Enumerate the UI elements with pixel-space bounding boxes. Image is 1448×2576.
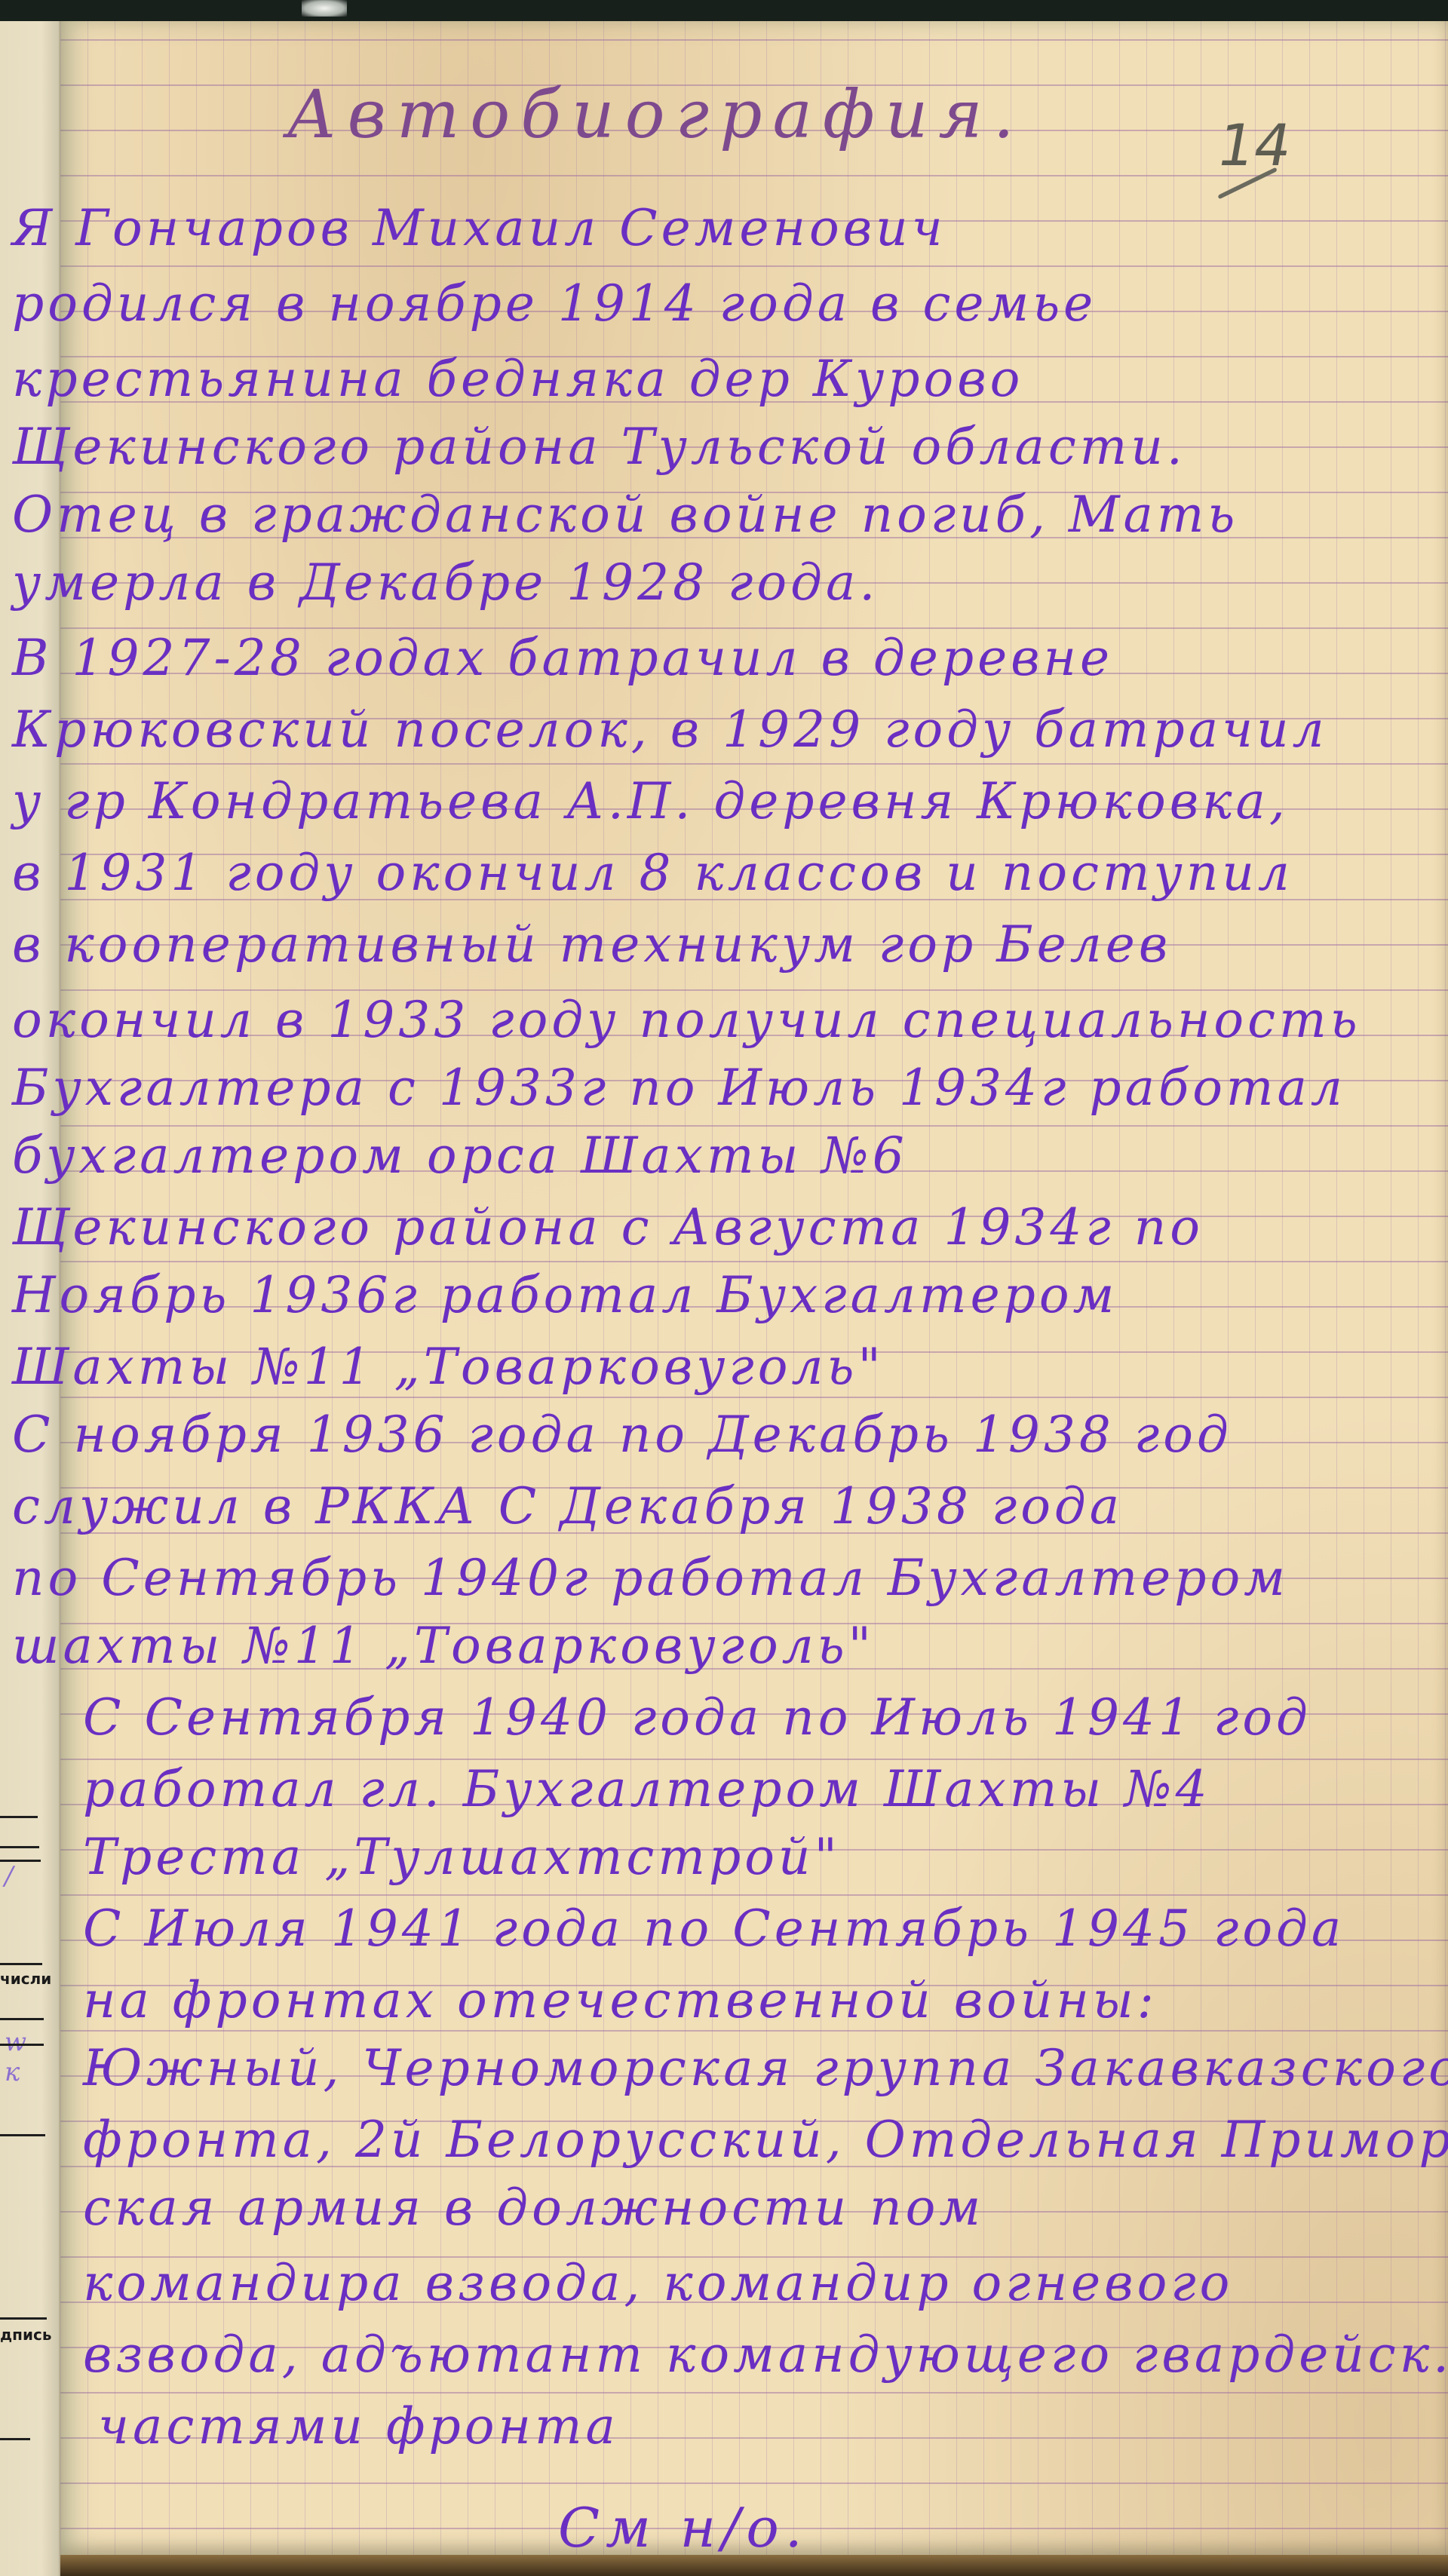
handwritten-line: бухгалтером орса Шахты №6 — [12, 1131, 908, 1181]
handwritten-line: Отец в гражданской войне погиб, Мать — [12, 490, 1238, 540]
strip-handwriting: w — [5, 2027, 26, 2057]
strip-rule — [0, 2438, 30, 2440]
document-title: Автобиография. — [287, 75, 1192, 153]
handwritten-line: служил в РККА С Декабря 1938 года — [12, 1482, 1123, 1532]
handwritten-line: работал гл. Бухгалтером Шахты №4 — [83, 1765, 1211, 1814]
handwritten-line: в 1931 году окончил 8 классов и поступил — [12, 848, 1293, 898]
handwritten-line: Южный, Черноморская группа Закавказского — [83, 2044, 1448, 2093]
handwritten-line: окончил в 1933 году получил специальност… — [12, 995, 1361, 1045]
strip-handwriting: / — [5, 1861, 13, 1891]
strip-rule — [0, 1816, 38, 1818]
handwritten-line: крестьянина бедняка дер Курово — [12, 354, 1023, 404]
handwritten-line: фронта, 2й Белорусский, Отдельная Примор — [83, 2115, 1448, 2165]
handwritten-line: частями фронта — [98, 2402, 619, 2452]
handwritten-line: Щекинского района Тульской области. — [12, 422, 1186, 472]
scanner-top-band — [0, 0, 1448, 21]
handwritten-line: С Июля 1941 года по Сентябрь 1945 года — [83, 1904, 1345, 1954]
light-glare — [302, 0, 347, 17]
handwritten-line: С ноября 1936 года по Декабрь 1938 год — [12, 1410, 1232, 1460]
handwritten-line: Шахты №11 „Товарковуголь" — [12, 1342, 885, 1392]
handwritten-line: ская армия в должности пом — [83, 2183, 984, 2233]
strip-rule — [0, 1963, 42, 1965]
handwritten-line: С Сентября 1940 года по Июль 1941 год — [83, 1693, 1311, 1743]
strip-rule — [0, 2044, 44, 2046]
strip-rule — [0, 2134, 45, 2136]
handwritten-line: Треста „Тулшахтстрой" — [83, 1832, 841, 1882]
handwritten-line: командира взвода, командир огневого — [83, 2259, 1233, 2308]
strip-rule — [0, 2018, 44, 2020]
handwritten-line: Бухгалтера с 1933г по Июль 1934г работал — [12, 1063, 1346, 1113]
handwritten-line: родился в ноябре 1914 года в семье — [12, 279, 1097, 329]
strip-rule — [0, 1846, 39, 1848]
handwritten-line: шахты №11 „Товарковуголь" — [12, 1621, 875, 1671]
archive-page-number: 14 — [1212, 112, 1296, 179]
handwritten-line: Крюковский поселок, в 1929 году батрачил — [12, 705, 1328, 755]
handwritten-line: Щекинского района с Августа 1934г по — [12, 1203, 1204, 1253]
handwritten-line: взвода, адъютант командующего гвардейск. — [83, 2330, 1448, 2380]
handwritten-line: у гр Кондратьева А.П. деревня Крюковка, — [12, 777, 1289, 826]
handwritten-line: на фронтах отечественной войны: — [83, 1976, 1158, 2026]
handwritten-line: В 1927-28 годах батрачил в деревне — [12, 633, 1113, 683]
strip-printed-word: дпись — [0, 2326, 52, 2344]
handwritten-line: Я Гончаров Михаил Семенович — [12, 204, 946, 253]
handwritten-line: по Сентябрь 1940г работал Бухгалтером — [12, 1553, 1289, 1603]
strip-rule — [0, 2317, 47, 2320]
handwritten-line: в кооперативный техникум гор Белев — [12, 920, 1171, 970]
handwritten-line: Ноябрь 1936г работал Бухгалтером — [12, 1271, 1118, 1320]
handwritten-line: умерла в Декабре 1928 года. — [12, 558, 879, 608]
see-reverse-note: См н/о. — [558, 2496, 808, 2559]
strip-printed-word: числи — [0, 1970, 51, 1988]
strip-handwriting: к — [5, 2057, 20, 2087]
